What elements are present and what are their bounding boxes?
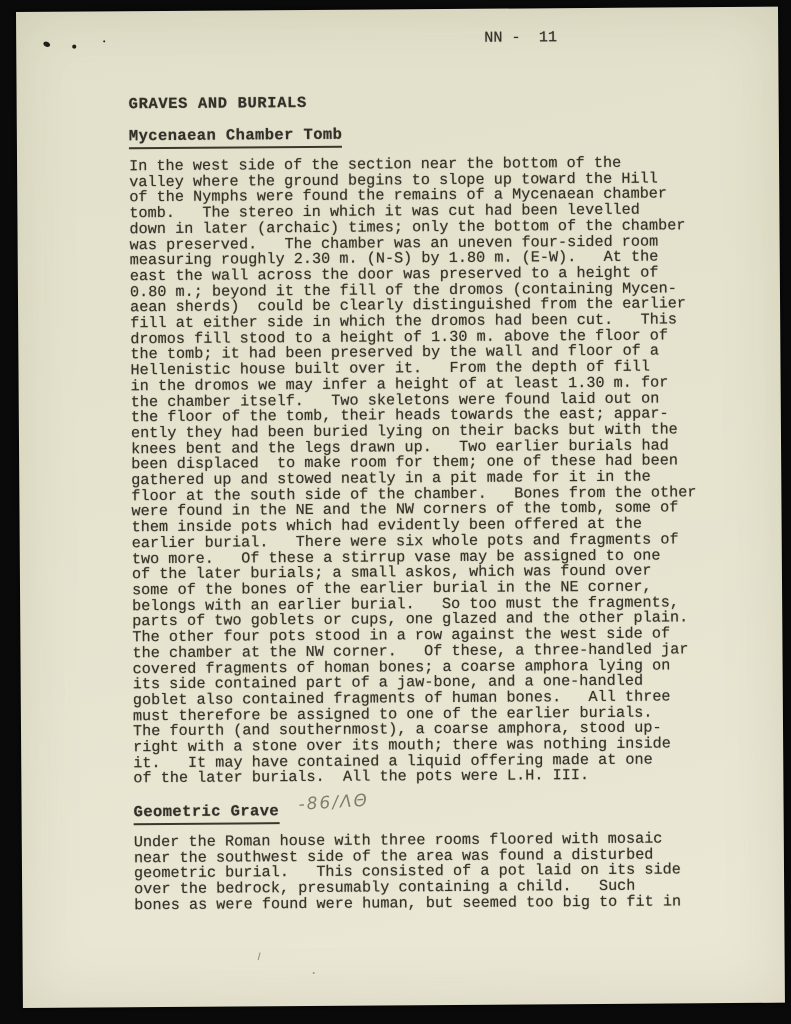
section-body-geometric-grave: Under the Roman house with three rooms f… [134,831,725,914]
handwritten-annotation: -86/ΛΘ [298,791,370,815]
document-page: NN - 11 GRAVES AND BURIALS Mycenaean Cha… [16,7,785,1008]
section-heading-text: Geometric Grave [134,802,280,825]
ink-speck [313,972,315,974]
section-heading-geometric-grave: Geometric Grave [134,802,280,825]
section-heading-mycenaean-chamber-tomb: Mycenaean Chamber Tomb [129,126,343,149]
ink-speck [72,45,76,49]
document-title: GRAVES AND BURIALS [129,94,307,113]
ink-speck [43,41,51,48]
ink-speck [103,40,105,42]
section-heading-text: Mycenaean Chamber Tomb [129,126,343,149]
page-number: NN - 11 [484,28,557,47]
text-line: of the later burials. All the pots were … [133,768,723,788]
text-line: bones as were found were human, but seem… [134,894,724,914]
scan-background: NN - 11 GRAVES AND BURIALS Mycenaean Cha… [0,0,791,1024]
section-body-mycenaean-chamber-tomb: In the west side of the section near the… [129,155,723,787]
ink-speck [258,952,261,960]
